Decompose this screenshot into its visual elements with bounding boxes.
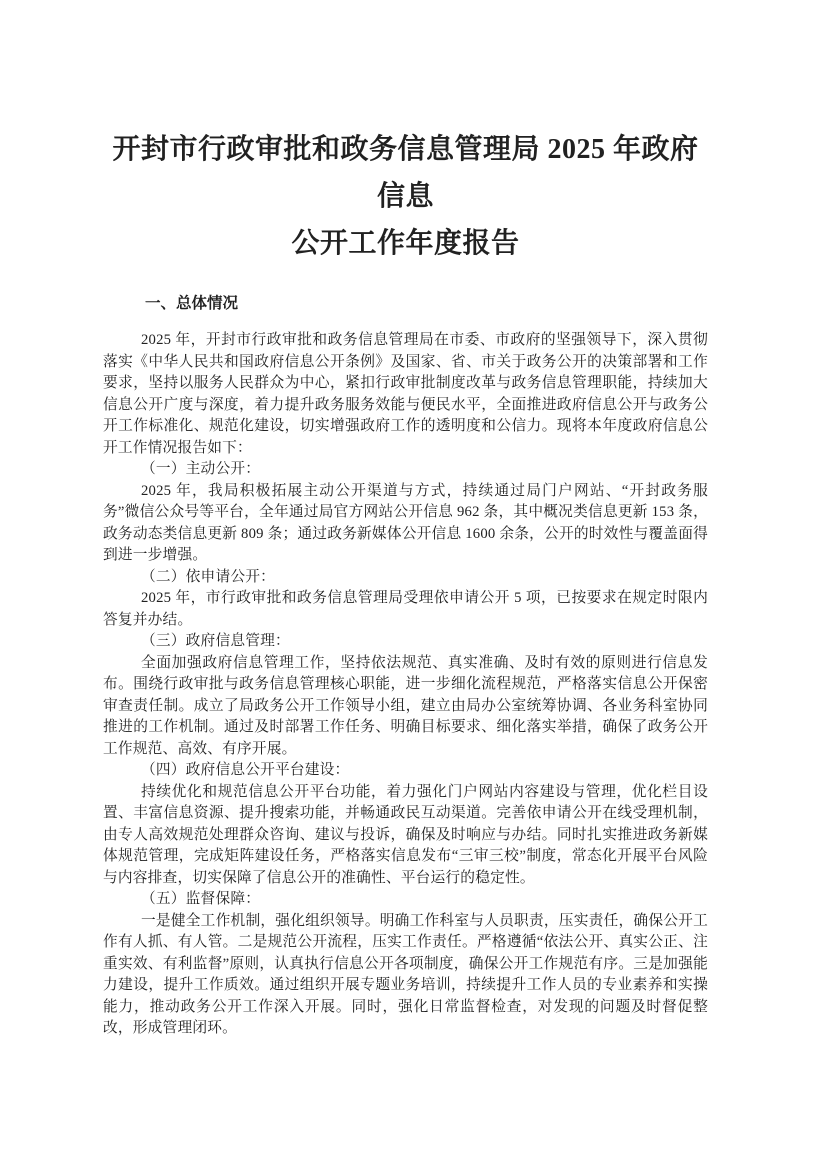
document-body: 一、总体情况2025 年，开封市行政审批和政务信息管理局在市委、市政府的坚强领导…: [103, 293, 708, 1040]
subsection-label: （一）主动公开：: [103, 459, 708, 481]
section-heading: 一、总体情况: [103, 293, 708, 315]
subsection-label: （三）政府信息管理：: [103, 631, 708, 653]
paragraph: 持续优化和规范信息公开平台功能，着力强化门户网站内容建设与管理，优化栏目设置、丰…: [103, 782, 708, 890]
subsection-label: （二）依申请公开：: [103, 567, 708, 589]
paragraph: 2025 年，开封市行政审批和政务信息管理局在市委、市政府的坚强领导下，深入贯彻…: [103, 330, 708, 459]
document-content: 开封市行政审批和政务信息管理局 2025 年政府信息 公开工作年度报告 一、总体…: [0, 0, 826, 1040]
paragraph: 一是健全工作机制，强化组织领导。明确工作科室与人员职责，压实责任，确保公开工作有…: [103, 911, 708, 1040]
subsection-label: （四）政府信息公开平台建设：: [103, 760, 708, 782]
paragraph: 2025 年，我局积极拓展主动公开渠道与方式，持续通过局门户网站、“开封政务服务…: [103, 481, 708, 567]
paragraph: 全面加强政府信息管理工作，坚持依法规范、真实准确、及时有效的原则进行信息发布。围…: [103, 653, 708, 761]
document-title-line-2: 公开工作年度报告: [103, 220, 708, 267]
document-page: 开封市行政审批和政务信息管理局 2025 年政府信息 公开工作年度报告 一、总体…: [0, 0, 826, 1169]
document-title-line-1: 开封市行政审批和政务信息管理局 2025 年政府信息: [103, 126, 708, 220]
paragraph: 2025 年，市行政审批和政务信息管理局受理依申请公开 5 项，已按要求在规定时…: [103, 588, 708, 631]
document-title: 开封市行政审批和政务信息管理局 2025 年政府信息 公开工作年度报告: [103, 126, 708, 267]
subsection-label: （五）监督保障：: [103, 889, 708, 911]
